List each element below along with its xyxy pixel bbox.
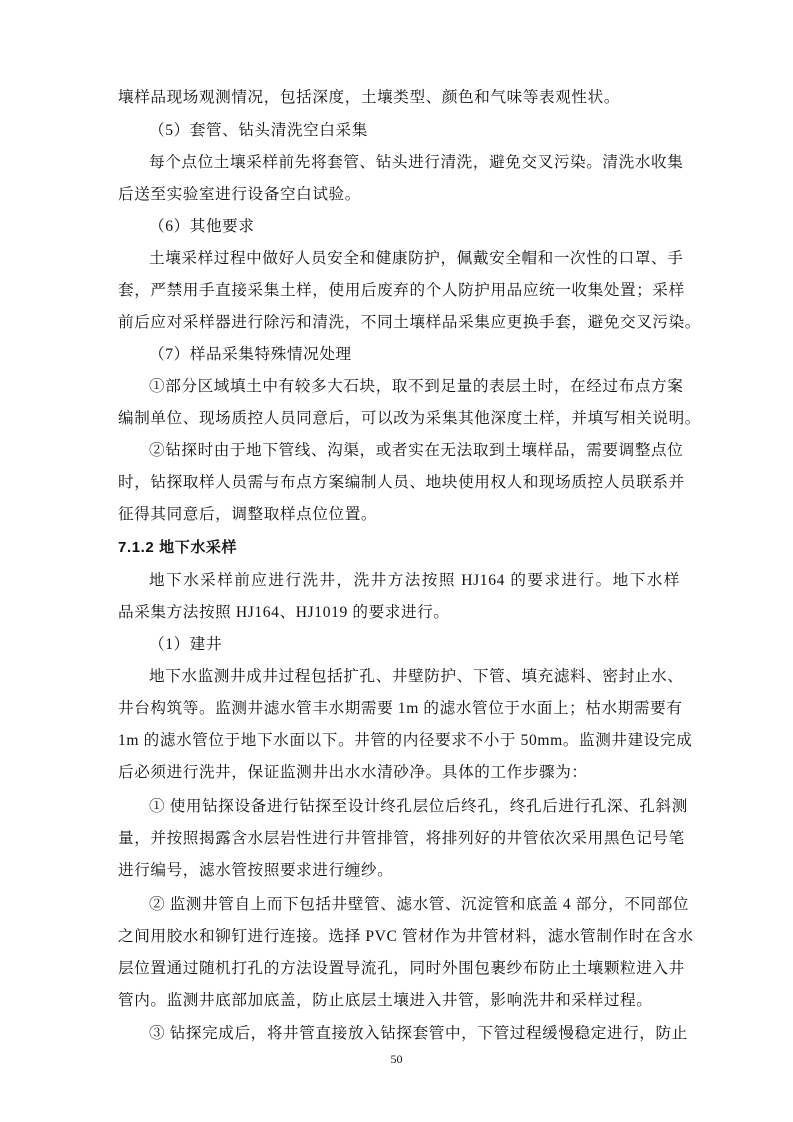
paragraph-line: 征得其同意后，调整取样点位位置。 (118, 505, 377, 525)
paragraph-line: 1m 的滤水管位于地下水面以下。井管的内径要求不小于 50mm。监测井建设完成 (118, 731, 680, 751)
paragraph-line: ③ 钻探完成后，将井管直接放入钻探套管中，下管过程缓慢稳定进行，防止 (149, 1024, 680, 1044)
paragraph-line: 地下水采样前应进行洗井，洗井方法按照 HJ164 的要求进行。地下水样 (149, 571, 680, 591)
paragraph-line: ①部分区域填土中有较多大石块，取不到足量的表层土时，在经过布点方案 (149, 377, 680, 397)
paragraph-line: 每个点位土壤采样前先将套管、钻头进行清洗，避免交叉污染。清洗水收集 (149, 153, 680, 173)
subsection-title: （7）样品采集特殊情况处理 (149, 345, 352, 365)
paragraph-line: ① 使用钻探设备进行钻探至设计终孔层位后终孔，终孔后进行孔深、孔斜测 (149, 797, 680, 817)
paragraph-line: 套，严禁用手直接采集土样，使用后废弃的个人防护用品应统一收集处置；采样 (118, 281, 680, 301)
paragraph-line: 品采集方法按照 HJ164、HJ1019 的要求进行。 (118, 603, 450, 623)
paragraph-line: 后必须进行洗井，保证监测井出水水清砂净。具体的工作步骤为： (118, 763, 588, 783)
paragraph-line: 编制单位、现场质控人员同意后，可以改为采集其他深度土样，并填写相关说明。 (118, 409, 680, 429)
paragraph-line: 之间用胶水和铆钉进行连接。选择 PVC 管材作为井管材料，滤水管制作时在含水 (118, 927, 680, 947)
paragraph-line: 进行编号，滤水管按照要求进行缠纱。 (118, 861, 393, 881)
paragraph-line: ② 监测井管自上而下包括井壁管、滤水管、沉淀管和底盖 4 部分，不同部位 (149, 895, 680, 915)
paragraph-line: 土壤采样过程中做好人员安全和健康防护，佩戴安全帽和一次性的口罩、手 (149, 249, 680, 269)
paragraph-line: 量，并按照揭露含水层岩性进行井管排管，将排列好的井管依次采用黑色记号笔 (118, 829, 680, 849)
paragraph-line: 层位置通过随机打孔的方法设置导流孔，同时外围包裹纱布防止土壤颗粒进入井 (118, 959, 680, 979)
paragraph-line: 管内。监测井底部加底盖，防止底层土壤进入井管，影响洗井和采样过程。 (118, 991, 652, 1011)
subsection-title: （1）建井 (149, 635, 222, 655)
page-number: 50 (0, 1052, 793, 1067)
paragraph-line: 井台构筑等。监测井滤水管丰水期需要 1m 的滤水管位于水面上；枯水期需要有 (118, 699, 680, 719)
subsection-title: （6）其他要求 (149, 217, 255, 237)
paragraph-line: 地下水监测井成井过程包括扩孔、井壁防护、下管、填充滤料、密封止水、 (149, 667, 680, 687)
paragraph-line: 后送至实验室进行设备空白试验。 (118, 185, 361, 205)
paragraph-line: ②钻探时由于地下管线、沟渠，或者实在无法取到土壤样品，需要调整点位 (149, 441, 680, 461)
section-heading: 7.1.2 地下水采样 (118, 538, 237, 558)
paragraph-line: 壤样品现场观测情况，包括深度，土壤类型、颜色和气味等表观性状。 (118, 88, 620, 108)
paragraph-line: 时，钻探取样人员需与布点方案编制人员、地块使用权人和现场质控人员联系并 (118, 473, 680, 493)
paragraph-line: 前后应对采样器进行除污和清洗，不同土壤样品采集应更换手套，避免交叉污染。 (118, 313, 680, 333)
subsection-title: （5）套管、钻头清洗空白采集 (149, 121, 368, 141)
